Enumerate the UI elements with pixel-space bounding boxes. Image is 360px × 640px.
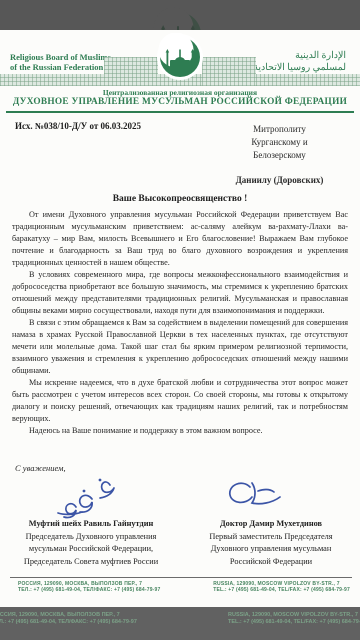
ornamental-band-block-right bbox=[202, 57, 256, 86]
body-paragraph-4: Мы искренне надеемся, что в духе братско… bbox=[12, 377, 348, 425]
footer-addresses: РОССИЯ, 129090, МОСКВА, ВЫПОЛЗОВ ПЕР., 7… bbox=[0, 581, 360, 593]
signature-left-handwriting bbox=[48, 477, 140, 519]
footer-address-english: RUSSIA, 129090, MOSCOW VIPOLZOV BY-STR.,… bbox=[213, 581, 350, 593]
crescent-mosque-emblem-icon bbox=[156, 33, 204, 81]
body-paragraph-2: В условиях современного мира, где вопрос… bbox=[12, 269, 348, 317]
signatory-blocks: Муфтий шейх Равиль Гайнутдин Председател… bbox=[0, 518, 360, 568]
footer-address-russian-line2: ТЕЛ.: +7 (495) 681-49-04, ТЕЛ/ФАКС: +7 (… bbox=[18, 587, 161, 593]
reflection-footer-russian: РОССИЯ, 129090, МОСКВА, ВЫПОЛЗОВ ПЕР., 7… bbox=[0, 612, 137, 626]
signatory-right-title: Первый заместитель Председателя bbox=[190, 531, 352, 544]
reference-number: Исх. №038/10-Д/У от 06.03.2025 bbox=[15, 121, 141, 131]
salutation: Ваше Высокопреосвященство ! bbox=[0, 194, 360, 204]
org-name-russian: ДУХОВНОЕ УПРАВЛЕНИЕ МУСУЛЬМАН РОССИЙСКОЙ… bbox=[0, 97, 360, 107]
addressee-line: Митрополиту bbox=[217, 123, 342, 136]
signatory-left-title: Председатель Совета муфтиев России bbox=[6, 556, 176, 569]
signatory-right-title: Российской Федерации bbox=[190, 556, 352, 569]
reflection-footer-russian-line1: РОССИЯ, 129090, МОСКВА, ВЫПОЛЗОВ ПЕР., 7 bbox=[0, 612, 137, 619]
closing-phrase: С уважением, bbox=[15, 463, 66, 473]
footer-address-russian: РОССИЯ, 129090, МОСКВА, ВЫПОЛЗОВ ПЕР., 7… bbox=[18, 581, 161, 593]
org-name-english-line1: Religious Board of Muslims bbox=[10, 52, 115, 62]
bottom-background-band: РОССИЯ, 129090, МОСКВА, ВЫПОЛЗОВ ПЕР., 7… bbox=[0, 607, 360, 640]
signature-right-handwriting bbox=[220, 479, 288, 515]
reflection-footer-english-line1: RUSSIA, 129090, MOSCOW VIPOLZOV BY-STR.,… bbox=[228, 612, 360, 619]
footer-address-english-line2: TEL.: +7 (495) 681-49-04, TEL/FAX: +7 (4… bbox=[213, 587, 350, 593]
signatory-right-title: Духовного управления мусульман bbox=[190, 543, 352, 556]
reflection-footer-english-line2: TEL.: +7 (495) 681-49-04, TEL/FAX: +7 (4… bbox=[228, 619, 360, 626]
addressee-line: Курганскому и bbox=[217, 136, 342, 149]
signatory-left: Муфтий шейх Равиль Гайнутдин Председател… bbox=[0, 518, 182, 568]
letter-page: Religious Board of Muslims of the Russia… bbox=[0, 30, 360, 607]
top-background-band bbox=[0, 0, 360, 30]
reflection-footer-russian-line2: ТЕЛ.: +7 (495) 681-49-04, ТЕЛ/ФАКС: +7 (… bbox=[0, 619, 137, 626]
ornamental-band-block-left bbox=[104, 57, 158, 86]
ghost-crescent-mosque-icon bbox=[145, 2, 211, 30]
signatory-left-title: мусульман Российской Федерации, bbox=[6, 543, 176, 556]
signatory-left-name: Муфтий шейх Равиль Гайнутдин bbox=[6, 518, 176, 531]
body-paragraph-1: От имени Духовного управления мусульман … bbox=[12, 209, 348, 269]
letter-body: От имени Духовного управления мусульман … bbox=[12, 209, 348, 437]
org-name-english-line2: of the Russian Federation bbox=[10, 62, 115, 72]
footer-divider-rule bbox=[10, 577, 352, 578]
addressee-block: Митрополиту Курганскому и Белозерскому Д… bbox=[217, 123, 342, 187]
body-paragraph-5: Надеюсь на Ваше понимание и поддержку в … bbox=[12, 425, 348, 437]
signatory-left-title: Председатель Духовного управления bbox=[6, 531, 176, 544]
addressee-name: Даниилу (Доровских) bbox=[217, 174, 342, 187]
reflection-footer-english: RUSSIA, 129090, MOSCOW VIPOLZOV BY-STR.,… bbox=[228, 612, 360, 626]
org-name-english: Religious Board of Muslims of the Russia… bbox=[10, 52, 115, 72]
org-type-line: Централизованная религиозная организация bbox=[0, 88, 360, 97]
signatory-right-name: Доктор Дамир Мухетдинов bbox=[190, 518, 352, 531]
body-paragraph-3: В связи с этим обращаемся к Вам за содей… bbox=[12, 317, 348, 377]
addressee-line: Белозерскому bbox=[217, 149, 342, 162]
signatory-right: Доктор Дамир Мухетдинов Первый заместите… bbox=[182, 518, 360, 568]
letterhead-divider-rule bbox=[6, 111, 354, 113]
